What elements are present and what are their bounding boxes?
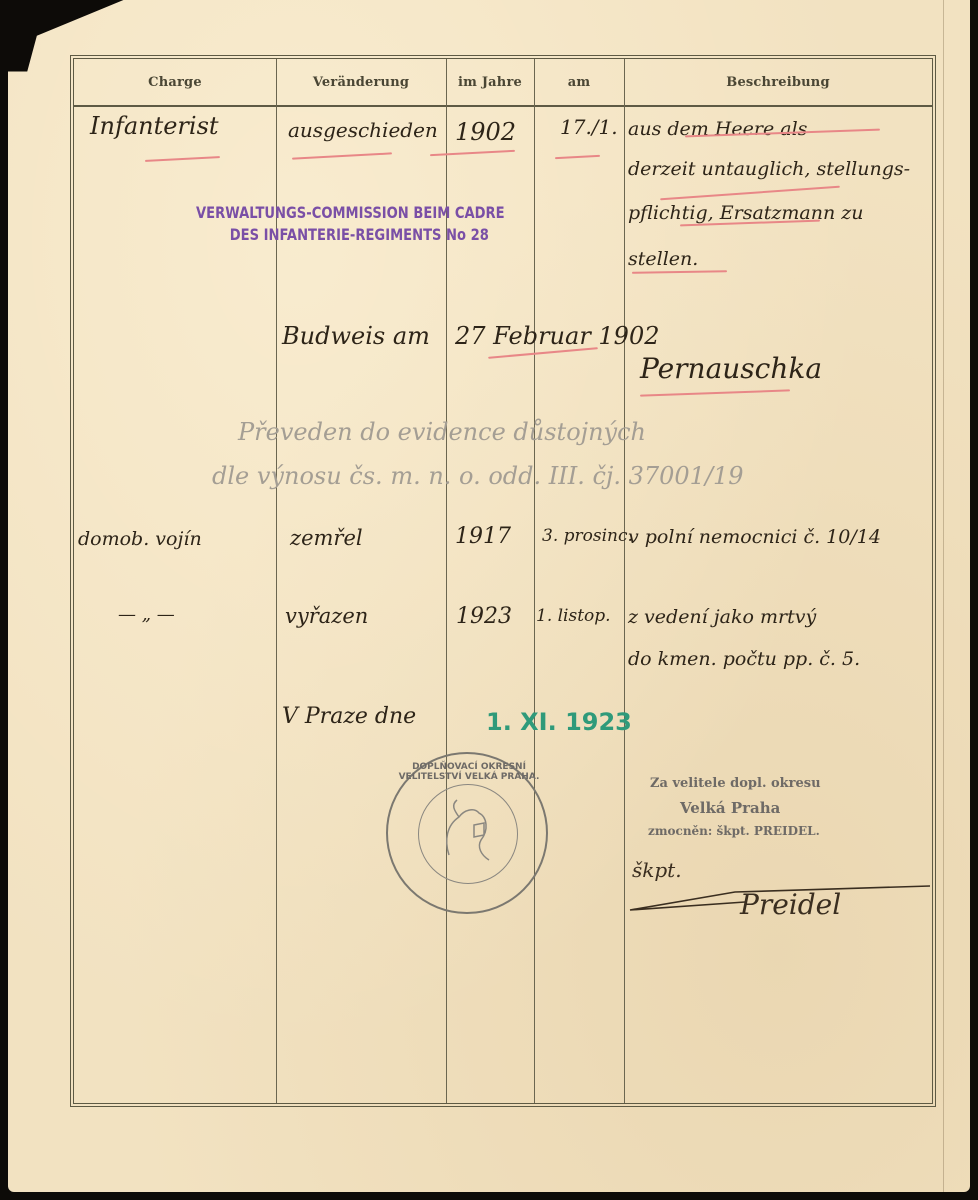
entry-1-description-line-2: derzeit untauglich, stellungs-: [628, 158, 910, 180]
header-description: Beschreibung: [624, 59, 932, 105]
page-fold: [943, 0, 944, 1192]
entry-3-day: 1. listop.: [536, 606, 611, 626]
commander-stamp-line-1: Za velitele dopl. okresu: [650, 776, 821, 791]
regiment-stamp: VERWALTUNGS-COMMISSION BEIM CADRE DES IN…: [196, 202, 505, 246]
entry-2-day: 3. prosinc.: [542, 526, 633, 546]
regiment-stamp-line-2: DES INFANTERIE-REGIMENTS No 28: [196, 224, 505, 246]
entry-2-charge: domob. vojín: [78, 528, 202, 550]
entry-3-change: vyřazen: [285, 604, 368, 628]
entry-1-charge: Infanterist: [90, 112, 219, 140]
date-1902: 27 Februar 1902: [455, 322, 660, 350]
round-seal-stamp: DOPLŇOVACÍ OKRESNÍ VELITELSTVÍ VELKÁ PRA…: [386, 752, 548, 914]
entry-1-description-line-3: pflichtig, Ersatzmann zu: [628, 202, 864, 224]
entry-2-year: 1917: [455, 524, 511, 549]
date-stamp-1923: 1. XI. 1923: [486, 708, 632, 736]
column-divider: [534, 59, 535, 1103]
entry-3-description-line-1: z vedení jako mrtvý: [628, 606, 816, 628]
entry-1-description-line-1: aus dem Heere als: [628, 118, 807, 140]
pencil-note-line-2: dle výnosu čs. m. n. o. odd. III. čj. 37…: [212, 462, 744, 490]
entry-1-change: ausgeschieden: [288, 118, 438, 142]
commander-stamp-line-3: zmocněn: škpt. PREIDEL.: [648, 824, 820, 838]
header-change: Veränderung: [276, 59, 446, 105]
header-charge: Charge: [74, 59, 276, 105]
entry-1-year: 1902: [455, 118, 516, 146]
commander-stamp-line-2: Velká Praha: [680, 799, 780, 817]
lion-emblem-icon: [418, 784, 518, 884]
signature-1902: Pernauschka: [640, 352, 822, 385]
signature-flourish: [625, 872, 935, 917]
seal-ring-text: DOPLŇOVACÍ OKRESNÍ VELITELSTVÍ VELKÁ PRA…: [388, 762, 550, 782]
regiment-stamp-line-1: VERWALTUNGS-COMMISSION BEIM CADRE: [196, 202, 505, 224]
column-divider: [624, 59, 625, 1103]
header-year: im Jahre: [446, 59, 534, 105]
entry-3-year: 1923: [456, 604, 512, 629]
entry-1-day: 17./1.: [560, 115, 618, 139]
entry-3-charge: — „ —: [118, 604, 175, 625]
entry-1-description-line-4: stellen.: [628, 248, 698, 270]
table-header: Charge Veränderung im Jahre am Beschreib…: [74, 59, 932, 107]
entry-3-description-line-2: do kmen. počtu pp. č. 5.: [628, 648, 860, 670]
header-day: am: [534, 59, 624, 105]
entry-2-change: zemřel: [290, 526, 363, 550]
pencil-note-line-1: Převeden do evidence důstojných: [238, 418, 646, 446]
entry-2-description-line-1: v polní nemocnici č. 10/14: [628, 526, 881, 548]
place-1902: Budweis am: [282, 322, 430, 350]
place-1923: V Praze dne: [282, 704, 416, 729]
